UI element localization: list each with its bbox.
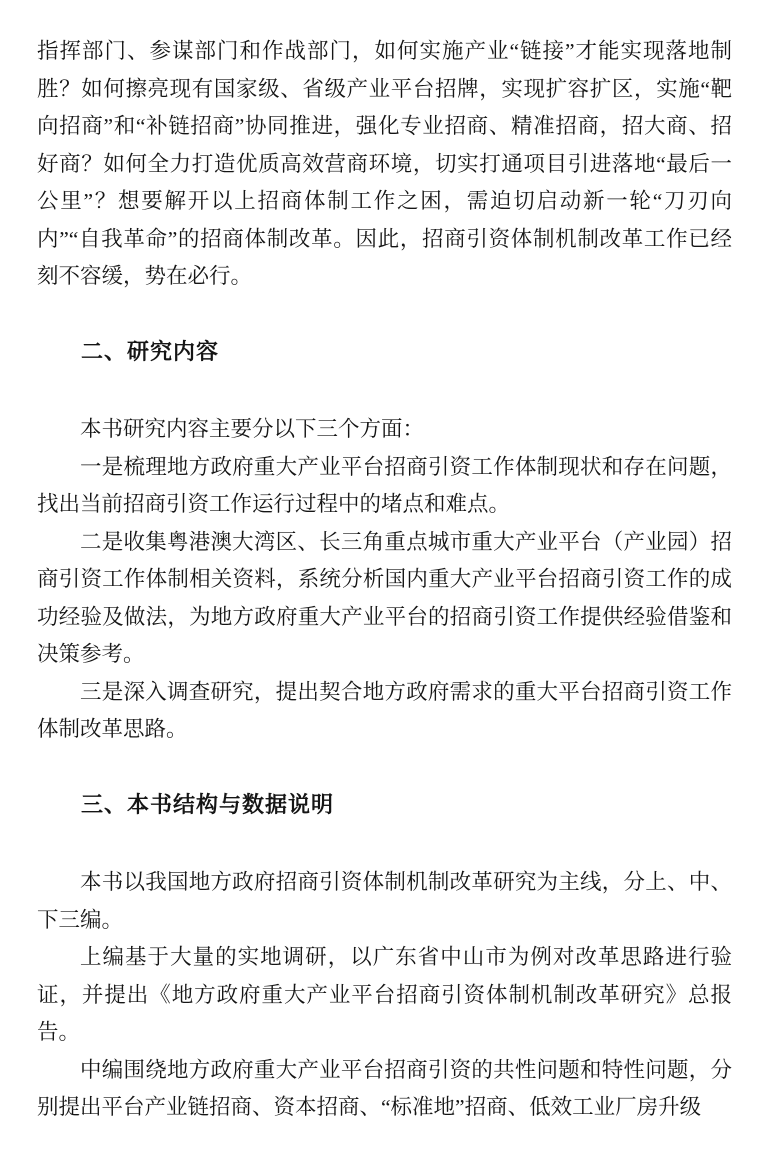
paragraph-research-point-1: 一是梳理地方政府重大产业平台招商引资工作体制现状和存在问题，找出当前招商引资工作… <box>37 449 732 524</box>
paragraph-structure-part-1: 上编基于大量的实地调研，以广东省中山市为例对改革思路进行验证，并提出《地方政府重… <box>37 939 732 1052</box>
paragraph-research-point-3: 三是深入调查研究，提出契合地方政府需求的重大平台招商引资工作体制改革思路。 <box>37 674 732 749</box>
paragraph-continuation: 指挥部门、参谋部门和作战部门，如何实施产业“链接”才能实现落地制胜？如何擦亮现有… <box>37 33 732 296</box>
paragraph-research-intro: 本书研究内容主要分以下三个方面： <box>37 411 732 449</box>
paragraph-research-point-2: 二是收集粤港澳大湾区、长三角重点城市重大产业平台（产业园）招商引资工作体制相关资… <box>37 524 732 674</box>
section-heading-research-content: 二、研究内容 <box>37 333 732 371</box>
section-heading-book-structure: 三、本书结构与数据说明 <box>37 786 732 824</box>
document-page: 指挥部门、参谋部门和作战部门，如何实施产业“链接”才能实现落地制胜？如何擦亮现有… <box>0 0 780 1165</box>
paragraph-structure-overview: 本书以我国地方政府招商引资体制机制改革研究为主线，分上、中、下三编。 <box>37 864 732 939</box>
paragraph-structure-part-2: 中编围绕地方政府重大产业平台招商引资的共性问题和特性问题，分别提出平台产业链招商… <box>37 1052 732 1127</box>
